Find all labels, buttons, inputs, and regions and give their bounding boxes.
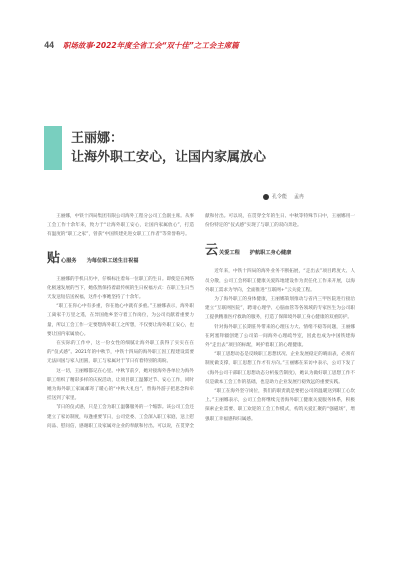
body-paragraph: 在实际的工作中，这一份女性的细腻让海外职工获得了实实在在的“仪式感”。2021年… xyxy=(47,339,194,367)
co-author-name: 孟冉 xyxy=(294,193,304,200)
body-paragraph: 针对海外职工长期驻外带来的心理压力大、情绪不稳等问题，王丽娜在阿塞拜疆创建了公司… xyxy=(205,323,355,351)
body-paragraph: 为了海外职工的身体健康，王丽娜策划推动与省内三甲医院进行接洽建立“互联网医院”，… xyxy=(205,295,355,323)
body-paragraph: 王丽娜的手机日历中，仔细标注着每一位职工的生日。即使是在网络化极速发展的当下，她… xyxy=(47,275,194,303)
section-1-initial: 贴 xyxy=(47,252,60,265)
author-name: 孔令能 xyxy=(272,193,287,200)
body-paragraph: 近年来，中铁十四局的海外业务不断拓展，“走出去”项目跨度大、人员分散，公司工会将… xyxy=(205,267,355,295)
body-paragraph: “职工在海外坚守岗位，我们的职责就是要把公司的温暖送到职工心坎上。”王丽娜表示，… xyxy=(205,387,355,424)
title-accent-bar xyxy=(44,126,62,170)
body-paragraph: 这一切，王丽娜都记在心里。中秋节前夕，她对接海外各单位为海外职工组织了精彩多样的… xyxy=(47,367,194,404)
author-icon xyxy=(263,194,269,200)
byline: 孔令能 孟冉 xyxy=(263,193,304,200)
section-heading-1: 贴 心服务 为每位职工送生日祝福 xyxy=(47,252,194,265)
body-paragraph: “职工在你心中有多重，你在他心中就有多重。”王丽娜表示，海外职工离家千万里之遥，… xyxy=(47,302,194,339)
body-paragraph: “职工思想动态是反映职工思想状况、企业发展稳定的晴雨表，必须有制度做支撑，职工思… xyxy=(205,350,355,387)
section-heading-2: 云 关爱工程 护航职工身心健康 xyxy=(205,244,355,257)
body-paragraph: 节日的仪式感，只是工会为职工温馨服务的一个缩影。该公司工会还建立了家访制度，每逢… xyxy=(47,403,194,431)
section-2-title: 关爱工程 xyxy=(219,250,240,257)
section-2-initial: 云 xyxy=(205,244,218,257)
article-title-name: 王丽娜： xyxy=(71,129,266,148)
section-1-subtitle: 为每位职工送生日祝福 xyxy=(87,258,139,265)
page-number: 44 xyxy=(44,41,54,51)
section-1-title: 心服务 xyxy=(61,258,77,265)
series-title: 职场故事·2022年度全省工会“双十佳”之工会主席篇 xyxy=(63,40,239,51)
article-title-block: 王丽娜： 让海外职工安心，让国内家属放心 xyxy=(44,126,266,170)
section-2-subtitle: 护航职工身心健康 xyxy=(250,250,292,257)
left-column: 王丽娜，中铁十四局集团有限公司海外工程分公司工会副主席。从事工会工作十余年来，致… xyxy=(47,212,194,431)
running-header: 44 职场故事·2022年度全省工会“双十佳”之工会主席篇 xyxy=(44,40,239,51)
right-column: 献和付出。可以说，在贯穿全年的生日、中秋等特殊节日中，王丽娜用一份份特定的“仪式… xyxy=(205,212,355,424)
intro-paragraph: 王丽娜，中铁十四局集团有限公司海外工程分公司工会副主席。从事工会工作十余年来，致… xyxy=(47,212,194,240)
article-title-headline: 让海外职工安心，让国内家属放心 xyxy=(71,148,266,167)
body-paragraph-continued: 献和付出。可以说，在贯穿全年的生日、中秋等特殊节日中，王丽娜用一份份特定的“仪式… xyxy=(205,212,355,230)
